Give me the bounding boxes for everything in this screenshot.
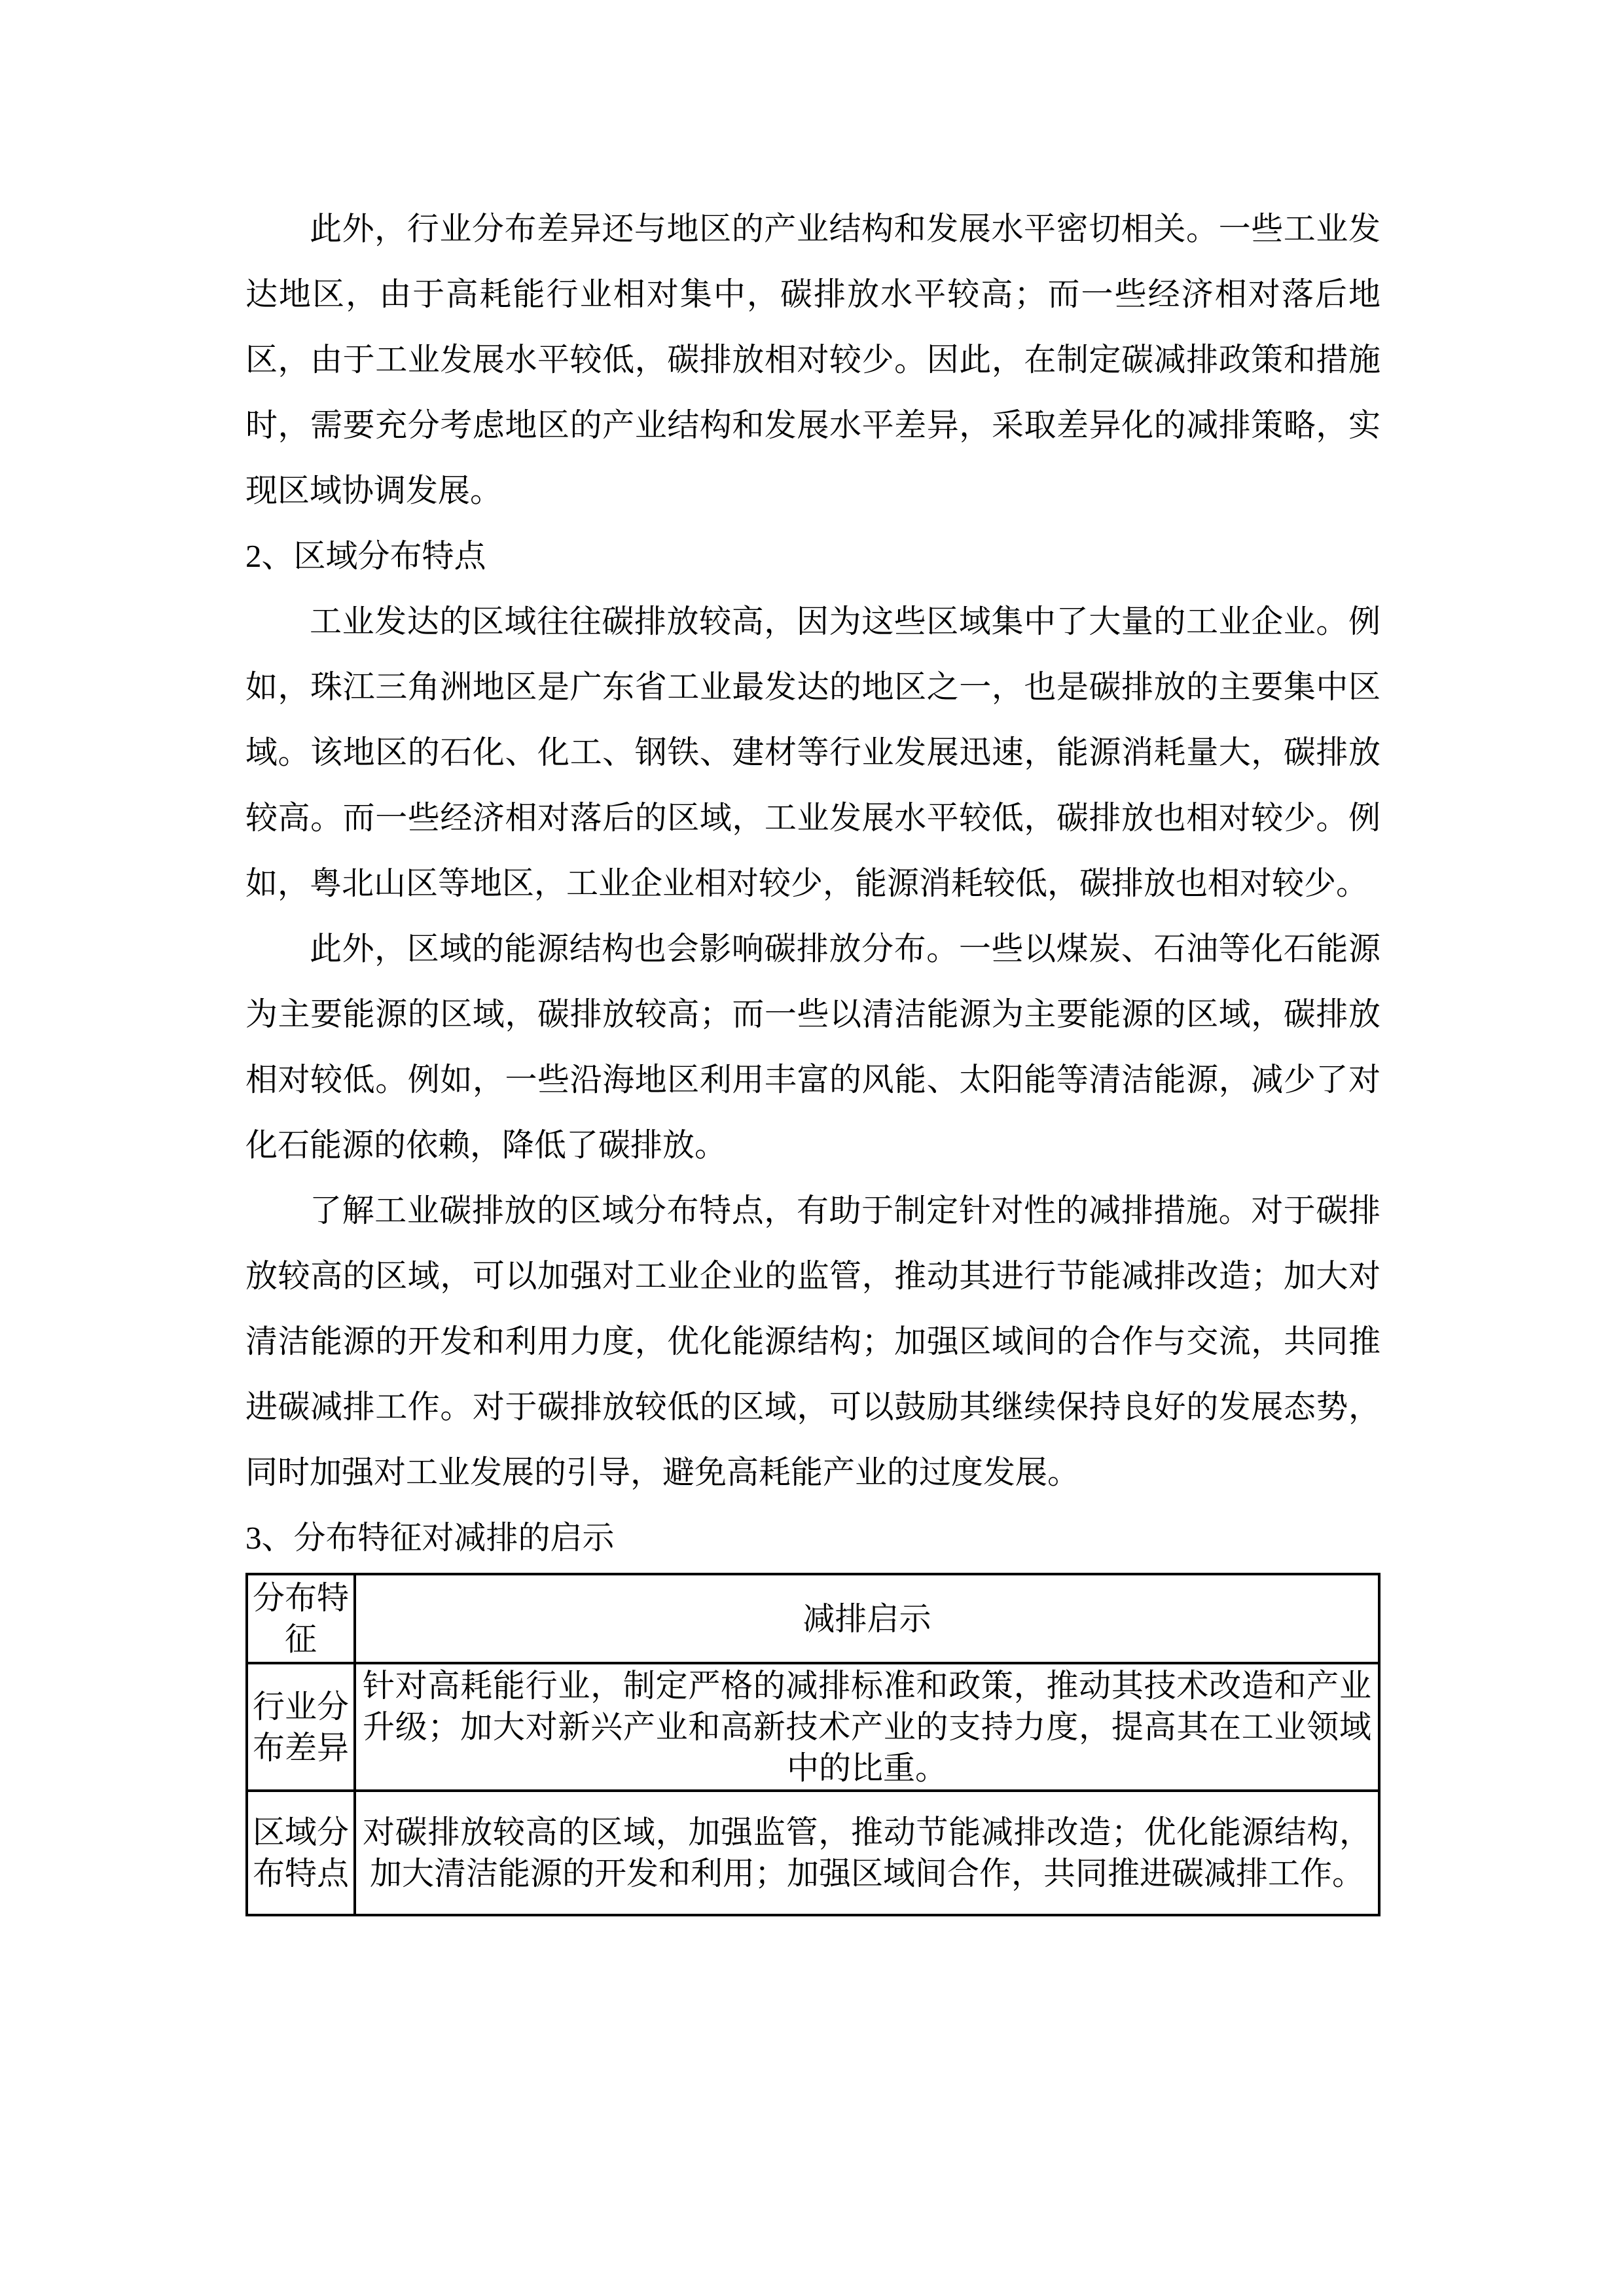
table-header-implication: 减排启示	[355, 1574, 1379, 1663]
feature-cell-industry: 行业分布差异	[247, 1663, 355, 1791]
feature-cell-region: 区域分布特点	[247, 1791, 355, 1915]
table-header-row: 分布特征 减排启示	[247, 1574, 1379, 1663]
paragraph-industry-distribution: 此外，行业分布差异还与地区的产业结构和发展水平密切相关。一些工业发达地区，由于高…	[245, 196, 1380, 524]
section-heading-regional-distribution: 2、区域分布特点	[245, 524, 1380, 589]
summary-table: 分布特征 减排启示 行业分布差异 针对高耗能行业，制定严格的减排标准和政策，推动…	[245, 1573, 1380, 1916]
table-header-feature: 分布特征	[247, 1574, 355, 1663]
table-row: 行业分布差异 针对高耗能行业，制定严格的减排标准和政策，推动其技术改造和产业升级…	[247, 1663, 1379, 1791]
paragraph-targeted-measures: 了解工业碳排放的区域分布特点，有助于制定针对性的减排措施。对于碳排放较高的区域，…	[245, 1178, 1380, 1505]
section-heading-implications: 3、分布特征对减排的启示	[245, 1505, 1380, 1571]
document-page: 此外，行业分布差异还与地区的产业结构和发展水平密切相关。一些工业发达地区，由于高…	[0, 0, 1624, 2296]
implication-cell-region: 对碳排放较高的区域，加强监管，推动节能减排改造；优化能源结构，加大清洁能源的开发…	[355, 1791, 1379, 1915]
paragraph-regional-distribution: 工业发达的区域往往碳排放较高，因为这些区域集中了大量的工业企业。例如，珠江三角洲…	[245, 589, 1380, 916]
table-row: 区域分布特点 对碳排放较高的区域，加强监管，推动节能减排改造；优化能源结构，加大…	[247, 1791, 1379, 1915]
paragraph-energy-structure: 此外，区域的能源结构也会影响碳排放分布。一些以煤炭、石油等化石能源为主要能源的区…	[245, 916, 1380, 1178]
implication-cell-industry: 针对高耗能行业，制定严格的减排标准和政策，推动其技术改造和产业升级；加大对新兴产…	[355, 1663, 1379, 1791]
